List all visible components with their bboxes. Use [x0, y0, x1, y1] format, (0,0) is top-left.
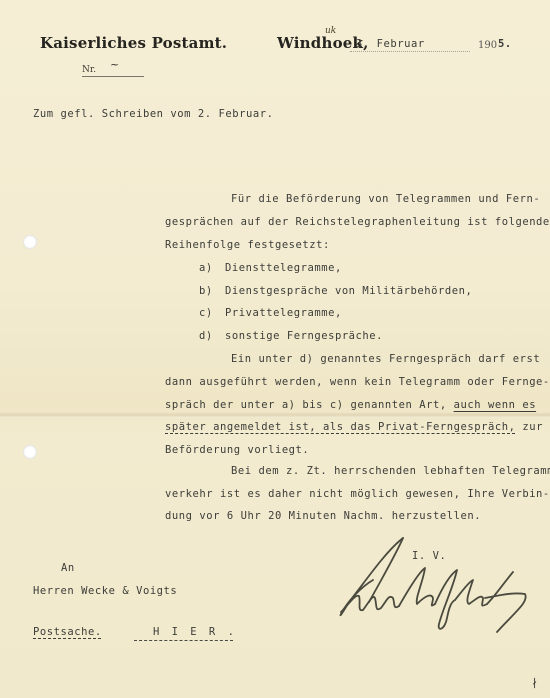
body-paragraph3-line3: dung vor 6 Uhr 20 Minuten Nachm. herzust…	[165, 510, 481, 522]
body-paragraph2-line2: dann ausgeführt werden, wenn kein Telegr…	[165, 376, 550, 388]
list-item-text: Privattelegramme,	[225, 307, 342, 319]
list-item-text: sonstige Ferngespräche.	[225, 330, 383, 342]
paper-fold	[0, 412, 550, 418]
date-year-prefix: 190	[478, 40, 497, 51]
list-item-marker: a)	[199, 262, 213, 274]
punch-hole	[23, 445, 37, 459]
date-day-month: 3. Februar	[356, 38, 425, 50]
hier-underline	[134, 640, 233, 641]
body-text-underlined: später angemeldet ist, als das Privat-Fe…	[165, 421, 515, 433]
reference-number-line	[82, 76, 144, 77]
punch-hole	[23, 235, 37, 249]
recipient-to-label: An	[61, 562, 75, 574]
reference-line: Zum gefl. Schreiben vom 2. Februar.	[33, 108, 274, 120]
body-paragraph2-line5: Beförderung vorliegt.	[165, 444, 309, 456]
place-name: Windhoek,	[277, 34, 369, 52]
list-item-marker: c)	[199, 307, 213, 319]
body-paragraph1-line2: gesprächen auf der Reichstelegraphenleit…	[165, 216, 550, 228]
body-paragraph2-line3: spräch der unter a) bis c) genannten Art…	[165, 399, 536, 411]
recipient-name: Herren Wecke & Voigts	[33, 585, 177, 597]
recipient-hier: H I E R .	[153, 626, 237, 638]
reference-number-label: Nr.	[82, 65, 96, 75]
body-paragraph1-line1: Für die Beförderung von Telegrammen und …	[231, 193, 540, 205]
body-paragraph1-line3: Reihenfolge festgesetzt:	[165, 239, 330, 251]
body-paragraph3-line2: verkehr ist es daher nicht möglich gewes…	[165, 488, 550, 500]
body-text-plain: spräch der unter a) bis c) genannten Art…	[165, 399, 454, 411]
body-paragraph3-line1: Bei dem z. Zt. herrschenden lebhaften Te…	[231, 465, 550, 477]
date-year-suffix: 5.	[498, 38, 512, 50]
corner-mark: ∤	[532, 677, 537, 690]
sender-letterhead: Kaiserliches Postamt.	[40, 34, 227, 52]
list-item-marker: d)	[199, 330, 213, 342]
list-item-marker: b)	[199, 285, 213, 297]
date-line	[350, 51, 470, 52]
list-item-text: Dienstgespräche von Militärbehörden,	[225, 285, 472, 297]
place-handwritten-correction: uk	[325, 26, 336, 36]
body-text-plain: zur	[515, 421, 543, 433]
body-paragraph2-line4: später angemeldet ist, als das Privat-Fe…	[165, 421, 543, 433]
signature-icon	[335, 532, 535, 642]
body-paragraph2-line1: Ein unter d) genanntes Ferngespräch darf…	[231, 353, 540, 365]
recipient-postsache: Postsache.	[33, 626, 102, 638]
body-text-underlined: auch wenn es	[454, 399, 536, 411]
list-item-text: Diensttelegramme,	[225, 262, 342, 274]
reference-number-value: ~	[110, 58, 119, 71]
